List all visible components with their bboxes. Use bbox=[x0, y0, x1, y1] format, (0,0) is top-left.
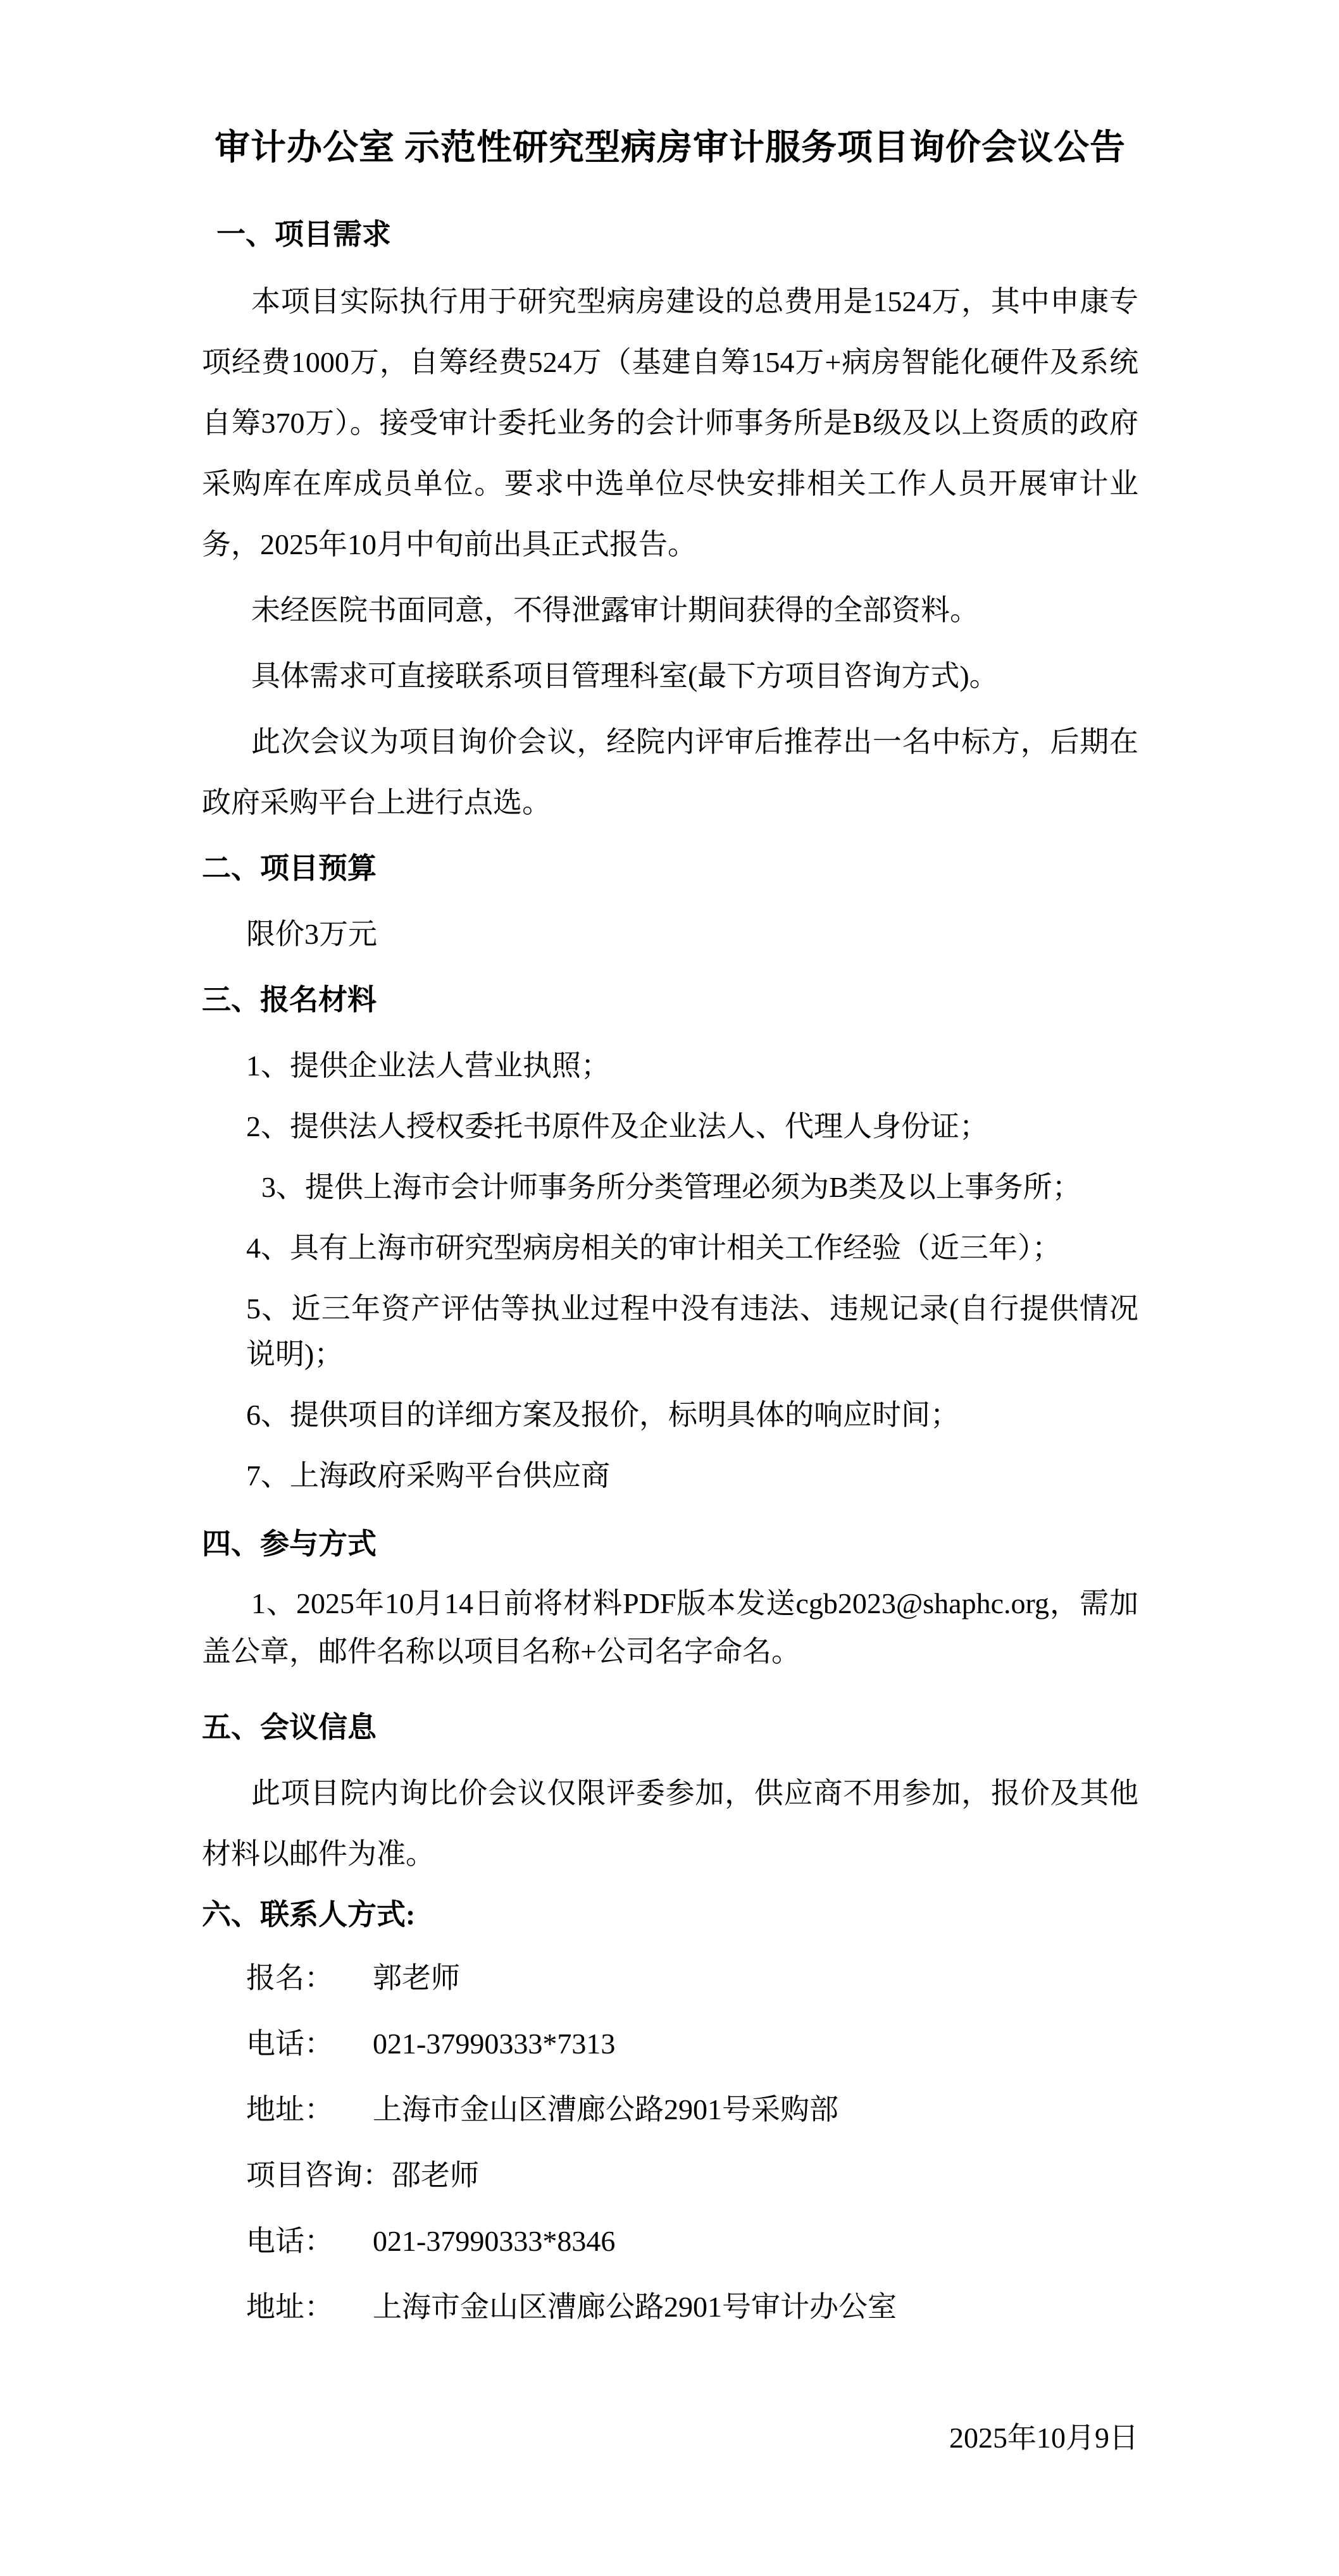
contact-list: 报名：郭老师 电话：021-37990333*7313 地址：上海市金山区漕廊公… bbox=[202, 1945, 1138, 2340]
contact-value: 上海市金山区漕廊公路2901号采购部 bbox=[373, 2093, 838, 2126]
paragraph: 1、2025年10月14日前将材料PDF版本发送cgb2023@shaphc.o… bbox=[202, 1580, 1138, 1676]
contact-row-consult: 项目咨询：邵老师 bbox=[202, 2143, 1138, 2208]
section-heading-1: 一、项目需求 bbox=[202, 204, 1138, 265]
contact-label: 地址： bbox=[246, 2274, 373, 2340]
contact-value: 021-37990333*8346 bbox=[373, 2225, 615, 2257]
section-heading-3: 三、报名材料 bbox=[202, 970, 1138, 1031]
contact-value: 上海市金山区漕廊公路2901号审计办公室 bbox=[373, 2291, 897, 2323]
document-date: 2025年10月9日 bbox=[202, 2408, 1138, 2468]
section-heading-6: 六、联系人方式: bbox=[202, 1885, 1138, 1945]
contact-value: 021-37990333*7313 bbox=[373, 2028, 615, 2060]
contact-label: 地址： bbox=[246, 2077, 373, 2143]
list-item: 6、提供项目的详细方案及报价，标明具体的响应时间； bbox=[202, 1392, 1138, 1438]
document-page: 审计办公室 示范性研究型病房审计服务项目询价会议公告 一、项目需求 本项目实际执… bbox=[0, 0, 1339, 2576]
list-item: 1、提供企业法人营业执照； bbox=[202, 1043, 1138, 1089]
contact-label: 报名： bbox=[246, 1945, 373, 2011]
paragraph: 此次会议为项目询价会议，经院内评审后推荐出一名中标方，后期在政府采购平台上进行点… bbox=[202, 712, 1138, 833]
list-item: 4、具有上海市研究型病房相关的审计相关工作经验（近三年）； bbox=[202, 1225, 1138, 1271]
contact-row-phone-1: 电话：021-37990333*7313 bbox=[202, 2011, 1138, 2077]
paragraph: 具体需求可直接联系项目管理科室(最下方项目咨询方式)。 bbox=[202, 646, 1138, 707]
section-heading-4: 四、参与方式 bbox=[202, 1514, 1138, 1575]
document-title: 审计办公室 示范性研究型病房审计服务项目询价会议公告 bbox=[202, 125, 1138, 171]
contact-row-address-1: 地址：上海市金山区漕廊公路2901号采购部 bbox=[202, 2077, 1138, 2143]
section-heading-5: 五、会议信息 bbox=[202, 1697, 1138, 1758]
list-item: 7、上海政府采购平台供应商 bbox=[202, 1453, 1138, 1499]
contact-row-address-2: 地址：上海市金山区漕廊公路2901号审计办公室 bbox=[202, 2274, 1138, 2340]
list-item: 2、提供法人授权委托书原件及企业法人、代理人身份证； bbox=[202, 1104, 1138, 1149]
contact-row-phone-2: 电话：021-37990333*8346 bbox=[202, 2208, 1138, 2274]
contact-value: 郭老师 bbox=[373, 1962, 460, 1994]
requirement-list: 1、提供企业法人营业执照； 2、提供法人授权委托书原件及企业法人、代理人身份证；… bbox=[202, 1043, 1138, 1499]
contact-label: 项目咨询： bbox=[246, 2143, 392, 2208]
paragraph: 本项目实际执行用于研究型病房建设的总费用是1524万，其中申康专项经费1000万… bbox=[202, 271, 1138, 575]
list-item: 3、提供上海市会计师事务所分类管理必须为B类及以上事务所； bbox=[202, 1165, 1138, 1210]
paragraph: 未经医院书面同意，不得泄露审计期间获得的全部资料。 bbox=[202, 580, 1138, 641]
contact-label: 电话： bbox=[246, 2011, 373, 2077]
paragraph: 此项目院内询比价会议仅限评委参加，供应商不用参加，报价及其他材料以邮件为准。 bbox=[202, 1763, 1138, 1885]
contact-row-signup: 报名：郭老师 bbox=[202, 1945, 1138, 2011]
budget-line: 限价3万元 bbox=[202, 904, 1138, 965]
section-heading-2: 二、项目预算 bbox=[202, 838, 1138, 899]
contact-label: 电话： bbox=[246, 2208, 373, 2274]
contact-value: 邵老师 bbox=[392, 2159, 479, 2191]
list-item: 5、近三年资产评估等执业过程中没有违法、违规记录(自行提供情况说明)； bbox=[202, 1286, 1138, 1377]
